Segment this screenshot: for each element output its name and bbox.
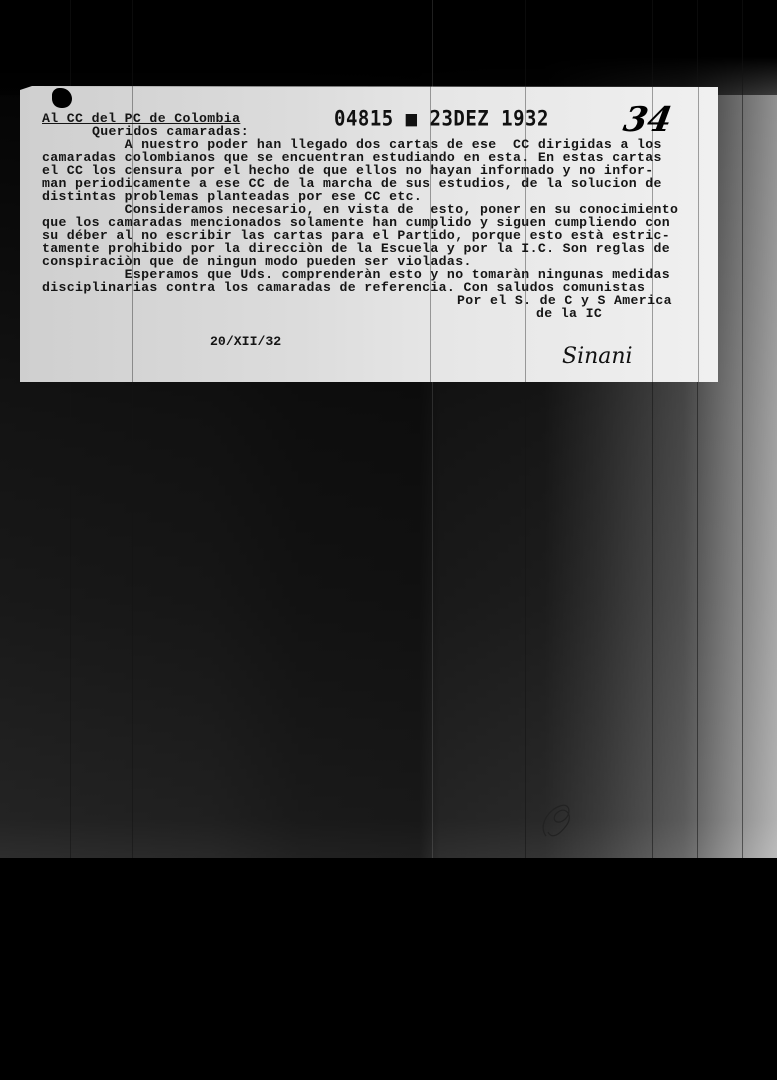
archive-stamp: 04815 ■ 23DEZ 1932 bbox=[334, 107, 549, 131]
ink-blot bbox=[52, 88, 72, 108]
ink-scribble-mark bbox=[536, 796, 586, 846]
film-black-margin bbox=[0, 858, 777, 1080]
handwritten-signature: Sinani bbox=[562, 344, 633, 369]
film-scratch bbox=[742, 0, 743, 858]
document-slip: 04815 ■ 23DEZ 1932 34 Al CC del PC de Co… bbox=[20, 86, 718, 382]
document-date: 20/XII/32 bbox=[210, 334, 281, 349]
film-scratch bbox=[698, 86, 699, 382]
closing-line: de la IC bbox=[536, 307, 602, 320]
handwritten-page-number: 34 bbox=[620, 100, 674, 140]
dark-border-top bbox=[0, 0, 777, 95]
